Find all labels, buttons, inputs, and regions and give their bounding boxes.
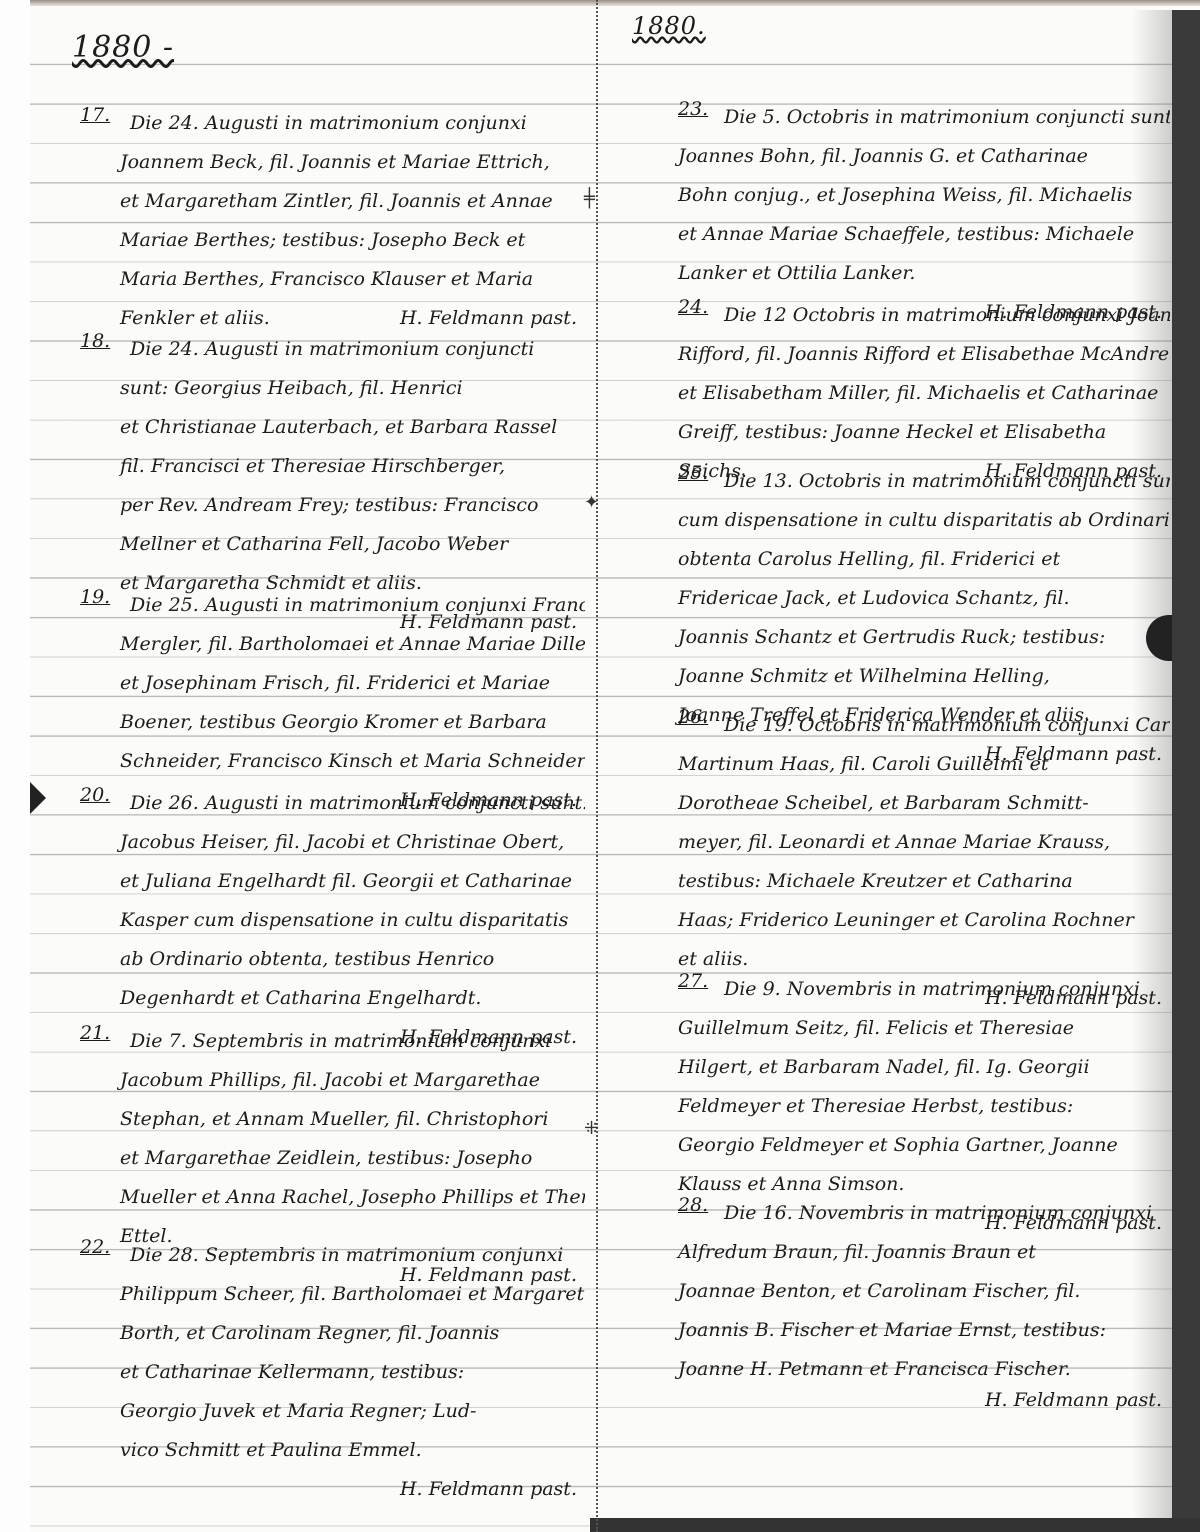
entry-line: Joannem Beck, fil. Joannis et Mariae Ett… xyxy=(40,143,585,182)
entry-line: per Rev. Andream Frey; testibus: Francis… xyxy=(40,486,585,525)
entry-line: Martinum Haas, fil. Caroli Guillelmi et xyxy=(620,745,1170,784)
scan-bottom-edge xyxy=(590,1518,1200,1532)
entry-line: Jacobus Heiser, fil. Jacobi et Christina… xyxy=(40,823,585,862)
entry-number: 18. xyxy=(80,330,110,352)
entry-line: Georgio Juvek et Maria Regner; Lud- xyxy=(40,1392,585,1431)
entry-line: Stephan, et Annam Mueller, fil. Christop… xyxy=(40,1100,585,1139)
entry-line: et Elisabetham Miller, fil. Michaelis et… xyxy=(620,374,1170,413)
entry-line: Alfredum Braun, fil. Joannis Braun et xyxy=(620,1233,1170,1272)
entry-number: 20. xyxy=(80,784,110,806)
entry-line: Joannis B. Fischer et Mariae Ernst, test… xyxy=(620,1311,1170,1350)
entry-line: Lanker et Ottilia Lanker. xyxy=(620,254,1170,293)
entry-line: Die 26. Augusti in matrimonium conjuncti… xyxy=(40,784,585,823)
entry-line: meyer, fil. Leonardi et Annae Mariae Kra… xyxy=(620,823,1170,862)
entry-line: Joannae Benton, et Carolinam Fischer, fi… xyxy=(620,1272,1170,1311)
entry-number: 21. xyxy=(80,1022,110,1044)
entry-line: Jacobum Phillips, fil. Jacobi et Margare… xyxy=(40,1061,585,1100)
entry-line: Mariae Berthes; testibus: Josepho Beck e… xyxy=(40,221,585,260)
entry-line: et Josephinam Frisch, fil. Friderici et … xyxy=(40,664,585,703)
entry-line: et Christianae Lauterbach, et Barbara Ra… xyxy=(40,408,585,447)
register-entry-20: 20. Die 26. Augusti in matrimonium conju… xyxy=(40,784,585,1057)
entry-line: Mergler, fil. Bartholomaei et Annae Mari… xyxy=(40,625,585,664)
entry-line: Die 28. Septembris in matrimonium conjun… xyxy=(40,1236,585,1275)
entry-number: 17. xyxy=(80,104,110,126)
entry-number: 23. xyxy=(678,98,708,120)
left-page-year: 1880 - xyxy=(72,30,174,65)
register-entry-17: 17. Die 24. Augusti in matrimonium conju… xyxy=(40,104,585,338)
entry-number: 24. xyxy=(678,296,708,318)
entry-line: Philippum Scheer, fil. Bartholomaei et M… xyxy=(40,1275,585,1314)
entry-line: Die 25. Augusti in matrimonium conjunxi … xyxy=(40,586,585,625)
binding-mark-icon: ⁜ xyxy=(584,1118,599,1139)
entry-line: vico Schmitt et Paulina Emmel. xyxy=(40,1431,585,1470)
entry-line: et Margarethae Zeidlein, testibus: Josep… xyxy=(40,1139,585,1178)
entry-line: Fridericae Jack, et Ludovica Schantz, fi… xyxy=(620,579,1170,618)
scan-right-edge xyxy=(1172,10,1200,1525)
entry-number: 22. xyxy=(80,1236,110,1258)
entry-line: et Margaretham Zintler, fil. Joannis et … xyxy=(40,182,585,221)
entry-line: Degenhardt et Catharina Engelhardt. xyxy=(40,979,585,1018)
register-entry-22: 22. Die 28. Septembris in matrimonium co… xyxy=(40,1236,585,1509)
entry-number: 26. xyxy=(678,706,708,728)
entry-line: Joannes Bohn, fil. Joannis G. et Cathari… xyxy=(620,137,1170,176)
entry-line: Die 7. Septembris in matrimonium conjunx… xyxy=(40,1022,585,1061)
register-entry-28: 28. Die 16. Novembris in matrimonium con… xyxy=(620,1194,1170,1420)
entry-line: obtenta Carolus Helling, fil. Friderici … xyxy=(620,540,1170,579)
entry-line: Boener, testibus Georgio Kromer et Barba… xyxy=(40,703,585,742)
entry-line: Schneider, Francisco Kinsch et Maria Sch… xyxy=(40,742,585,781)
entry-number: 19. xyxy=(80,586,110,608)
entry-line: et Catharinae Kellermann, testibus: xyxy=(40,1353,585,1392)
entry-line: ab Ordinario obtenta, testibus Henrico xyxy=(40,940,585,979)
entry-line: Mueller et Anna Rachel, Josepho Phillips… xyxy=(40,1178,585,1217)
register-page: ╪ ✦ ⁜ 1880 - 1880. 17. Die 24. Augusti i… xyxy=(0,0,1200,1532)
scan-top-edge xyxy=(0,0,1200,6)
entry-line: Joannis Schantz et Gertrudis Ruck; testi… xyxy=(620,618,1170,657)
entry-line: Die 24. Augusti in matrimonium conjunxi xyxy=(40,104,585,143)
entry-line: Dorotheae Scheibel, et Barbaram Schmitt- xyxy=(620,784,1170,823)
entry-line: Guillelmum Seitz, fil. Felicis et Theres… xyxy=(620,1009,1170,1048)
entry-line: Bohn conjug., et Josephina Weiss, fil. M… xyxy=(620,176,1170,215)
entry-line: Borth, et Carolinam Regner, fil. Joannis xyxy=(40,1314,585,1353)
entry-line: Rifford, fil. Joannis Rifford et Elisabe… xyxy=(620,335,1170,374)
entry-line: Joanne Schmitz et Wilhelmina Helling, xyxy=(620,657,1170,696)
scan-left-margin xyxy=(0,0,30,1532)
entry-line: et Annae Mariae Schaeffele, testibus: Mi… xyxy=(620,215,1170,254)
entry-line: Maria Berthes, Francisco Klauser et Mari… xyxy=(40,260,585,299)
pastor-signature: H. Feldmann past. xyxy=(40,1470,585,1509)
entry-line: Hilgert, et Barbaram Nadel, fil. Ig. Geo… xyxy=(620,1048,1170,1087)
page-column-divider xyxy=(596,0,598,1532)
binding-mark-icon: ✦ xyxy=(584,492,599,513)
entry-line: Mellner et Catharina Fell, Jacobo Weber xyxy=(40,525,585,564)
entry-line: sunt: Georgius Heibach, fil. Henrici xyxy=(40,369,585,408)
entry-line: testibus: Michaele Kreutzer et Catharina xyxy=(620,862,1170,901)
right-page-year: 1880. xyxy=(632,12,706,40)
entry-number: 27. xyxy=(678,970,708,992)
entry-number: 25. xyxy=(678,462,708,484)
entry-line: Die 24. Augusti in matrimonium conjuncti xyxy=(40,330,585,369)
entry-line: Georgio Feldmeyer et Sophia Gartner, Joa… xyxy=(620,1126,1170,1165)
binding-mark-icon: ╪ xyxy=(584,188,595,209)
entry-line: Kasper cum dispensatione in cultu dispar… xyxy=(40,901,585,940)
entry-number: 28. xyxy=(678,1194,708,1216)
entry-line: fil. Francisci et Theresiae Hirschberger… xyxy=(40,447,585,486)
entry-line: Feldmeyer et Theresiae Herbst, testibus: xyxy=(620,1087,1170,1126)
entry-line: cum dispensatione in cultu disparitatis … xyxy=(620,501,1170,540)
entry-line: Greiff, testibus: Joanne Heckel et Elisa… xyxy=(620,413,1170,452)
entry-line: Haas; Friderico Leuninger et Carolina Ro… xyxy=(620,901,1170,940)
entry-line: et Juliana Engelhardt fil. Georgii et Ca… xyxy=(40,862,585,901)
